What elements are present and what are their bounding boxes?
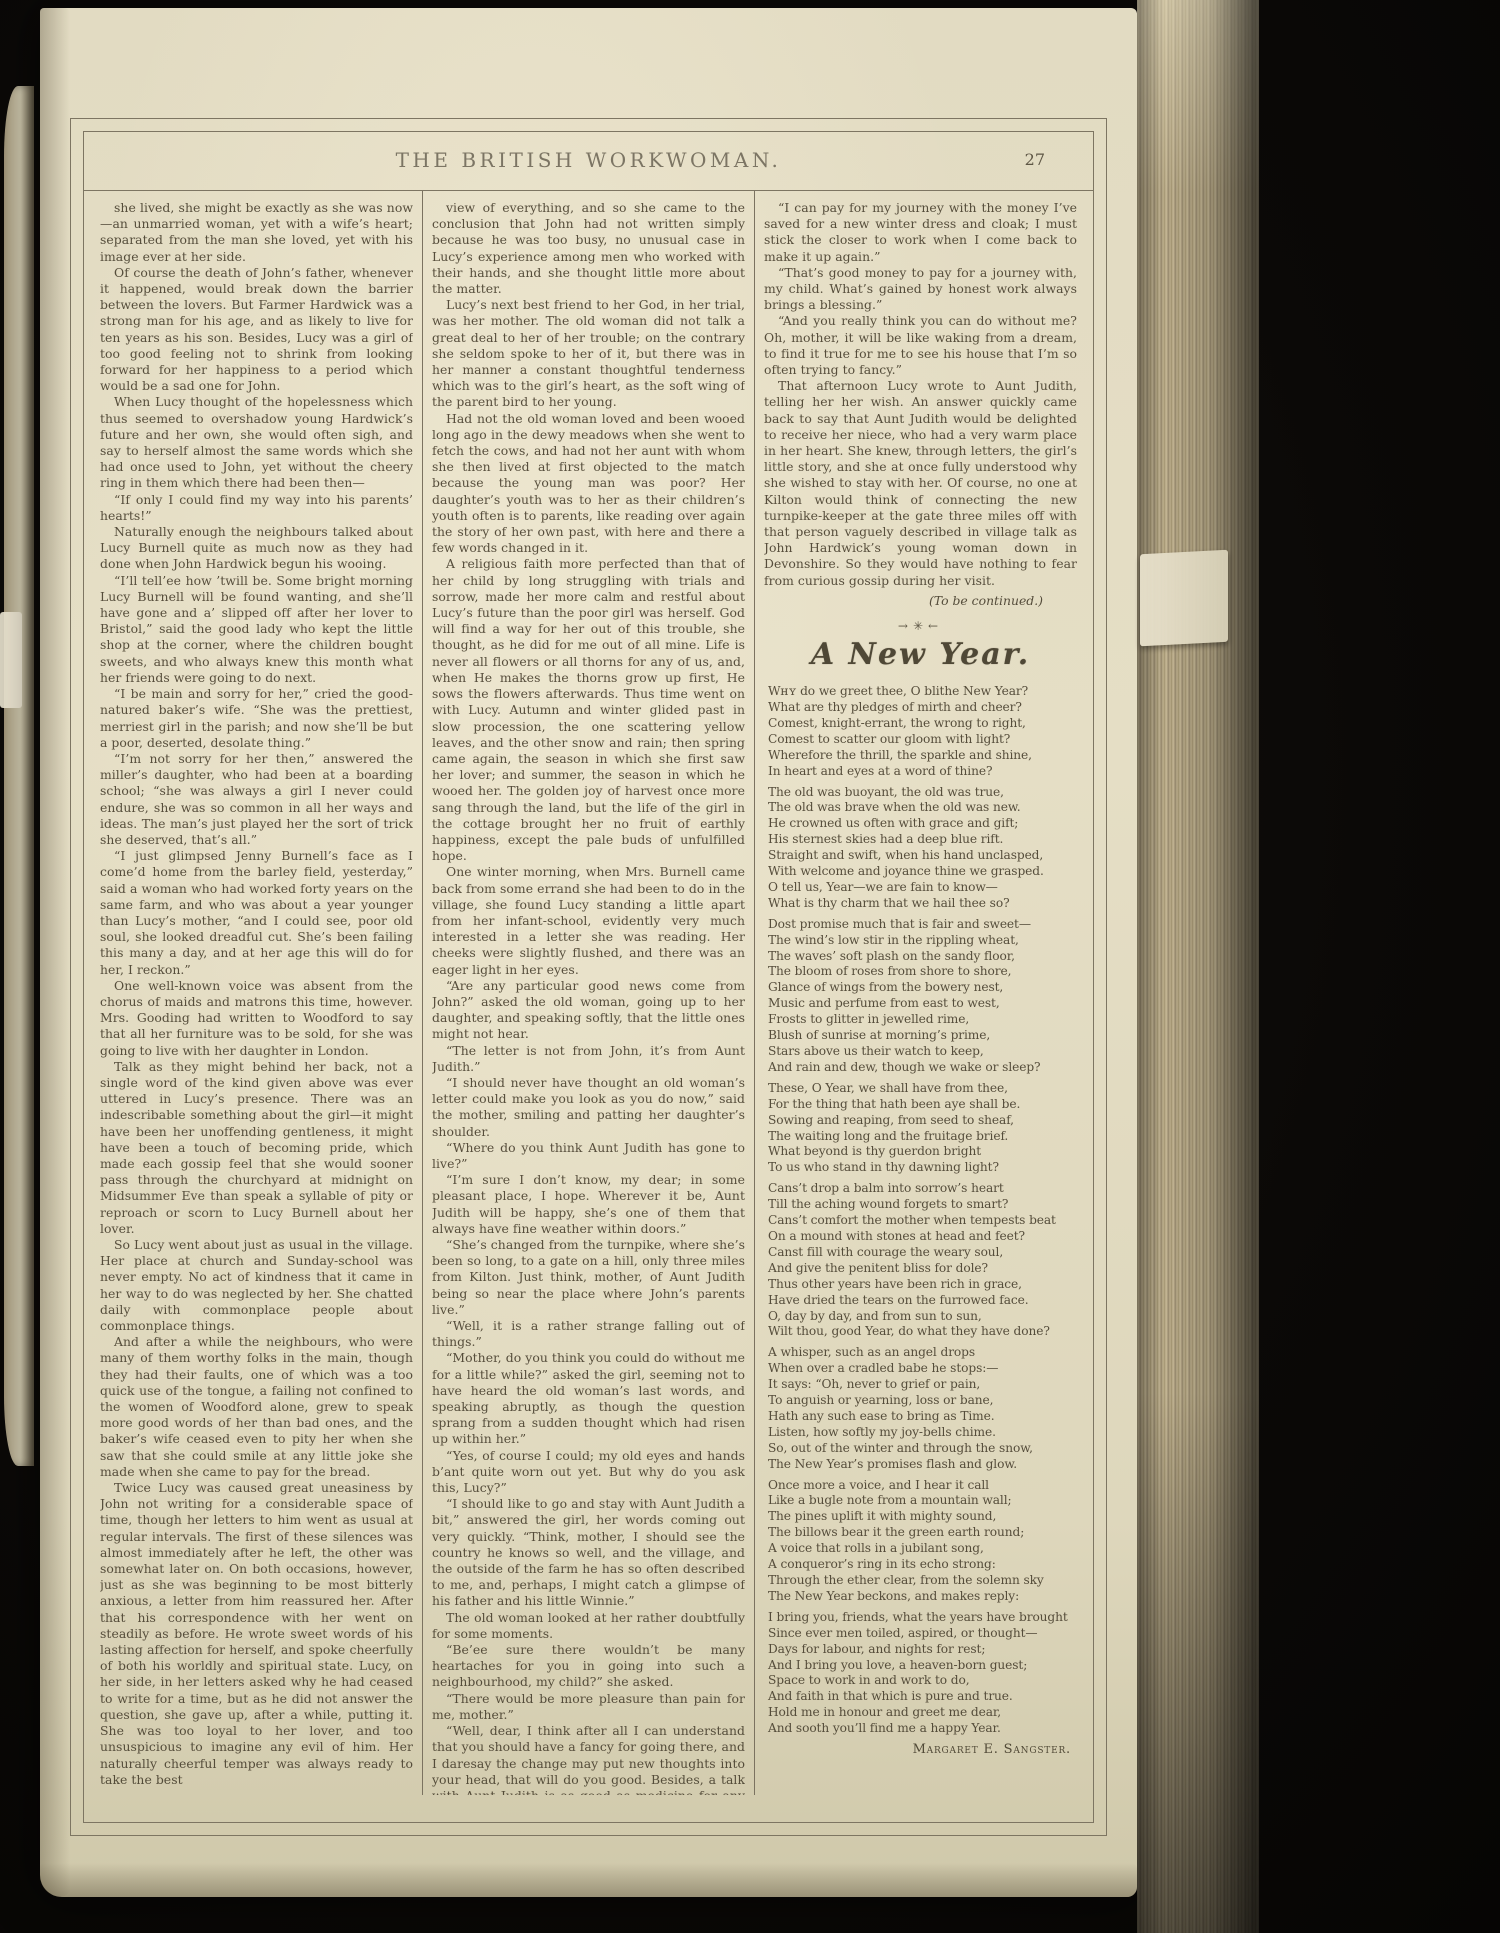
poem-line: To anguish or yearning, loss or bane, [768,1393,1077,1409]
poem-stanza: I bring you, friends, what the years hav… [768,1610,1077,1737]
paragraph: Naturally enough the neighbours talked a… [100,524,413,573]
page-border-inner: THE BRITISH WORKWOMAN. 27 she lived, she… [83,131,1094,1823]
poem-line: Wilt thou, good Year, do what they have … [768,1324,1077,1340]
poem-line: The pines uplift it with mighty sound, [768,1509,1077,1525]
paragraph: “She’s changed from the turnpike, where … [432,1237,745,1318]
paragraph: “Well, dear, I think after all I can und… [432,1723,745,1795]
poem-line: Space to work in and work to do, [768,1673,1077,1689]
poem-line: In heart and eyes at a word of thine? [768,764,1077,780]
paragraph: “Be’ee sure there wouldn’t be many heart… [432,1642,745,1691]
paragraph: “And you really think you can do without… [764,313,1077,378]
poem-line: Have dried the tears on the furrowed fac… [768,1293,1077,1309]
paragraph: “I’m not sorry for her then,” answered t… [100,751,413,848]
paragraph: Had not the old woman loved and been woo… [432,411,745,557]
book-photo: THE BRITISH WORKWOMAN. 27 she lived, she… [0,0,1500,1933]
poem-line: These, O Year, we shall have from thee, [768,1081,1077,1097]
paragraph: “If only I could find my way into his pa… [100,492,413,524]
section-divider-ornament: →✳← [764,619,1077,633]
poem-stanza: Wʜʏ do we greet thee, O blithe New Year?… [768,684,1077,779]
poem-line: Comest to scatter our gloom with light? [768,732,1077,748]
poem-line: Cans’t comfort the mother when tempests … [768,1213,1077,1229]
paragraph: That afternoon Lucy wrote to Aunt Judith… [764,378,1077,589]
poem-stanza: These, O Year, we shall have from thee,F… [768,1081,1077,1176]
paragraph: “That’s good money to pay for a journey … [764,265,1077,314]
column-2: view of everything, and so she came to t… [432,191,745,1795]
poem-stanza: The old was buoyant, the old was true,Th… [768,785,1077,912]
magazine-page: THE BRITISH WORKWOMAN. 27 she lived, she… [40,8,1137,1897]
poem-line: Comest, knight-errant, the wrong to righ… [768,716,1077,732]
poem-line: The New Year’s promises flash and glow. [768,1457,1077,1473]
paragraph: “I’ll tell’ee how ’twill be. Some bright… [100,573,413,686]
poem-line: Hold me in honour and greet me dear, [768,1705,1077,1721]
poem-line: A whisper, such as an angel drops [768,1345,1077,1361]
paragraph: So Lucy went about just as usual in the … [100,1237,413,1334]
poem-line: Wʜʏ do we greet thee, O blithe New Year? [768,684,1077,700]
poem-line: Since ever men toiled, aspired, or thoug… [768,1626,1077,1642]
paragraph: Twice Lucy was caused great uneasiness b… [100,1480,413,1788]
paragraph: view of everything, and so she came to t… [432,200,745,297]
poem-line: The waves’ soft plash on the sandy floor… [768,949,1077,965]
poem-line: Stars above us their watch to keep, [768,1044,1077,1060]
paragraph: “Yes, of course I could; my old eyes and… [432,1448,745,1497]
paragraph: And after a while the neighbours, who we… [100,1334,413,1480]
poem-line: What are thy pledges of mirth and cheer? [768,700,1077,716]
column-1: she lived, she might be exactly as she w… [100,191,413,1795]
poem-stanza: Once more a voice, and I hear it callLik… [768,1478,1077,1605]
poem-line: Thus other years have been rich in grace… [768,1277,1077,1293]
poem-line: O, day by day, and from sun to sun, [768,1309,1077,1325]
poem-title: A New Year. [764,637,1077,672]
to-be-continued-note: (To be continued.) [764,593,1077,609]
poem-line: To us who stand in thy dawning light? [768,1160,1077,1176]
left-page-edge [4,86,34,1466]
poem-line: The New Year beckons, and makes reply: [768,1589,1077,1605]
paragraph: “Mother, do you think you could do witho… [432,1350,745,1447]
poem-line: His sternest skies had a deep blue rift. [768,832,1077,848]
protruding-page-edge [1140,550,1228,647]
poem-line: The old was brave when the old was new. [768,800,1077,816]
poem-line: Canst fill with courage the weary soul, [768,1245,1077,1261]
story-conclusion: “I can pay for my journey with the money… [764,200,1077,589]
poem-line: And sooth you’ll find me a happy Year. [768,1721,1077,1737]
paragraph: When Lucy thought of the hopelessness wh… [100,394,413,491]
column-divider-rule [754,191,755,1795]
paragraph: Talk as they might behind her back, not … [100,1059,413,1237]
left-page-white-patch [0,612,22,708]
poem-line: The billows bear it the green earth roun… [768,1525,1077,1541]
poem-line: Straight and swift, when his hand unclas… [768,848,1077,864]
page-border-outer: THE BRITISH WORKWOMAN. 27 she lived, she… [70,118,1107,1836]
paragraph: “I should never have thought an old woma… [432,1075,745,1140]
paragraph: The old woman looked at her rather doubt… [432,1610,745,1642]
text-columns: she lived, she might be exactly as she w… [84,191,1093,1795]
poem-line: For the thing that hath been aye shall b… [768,1097,1077,1113]
poem-line: With welcome and joyance thine we graspe… [768,864,1077,880]
poem-line: The waiting long and the fruitage brief. [768,1129,1077,1145]
poem-line: Dost promise much that is fair and sweet… [768,917,1077,933]
poem-line: Sowing and reaping, from seed to sheaf, [768,1113,1077,1129]
poem-line: Frosts to glitter in jewelled rime, [768,1012,1077,1028]
column-3: “I can pay for my journey with the money… [764,191,1077,1795]
paragraph: “I’m sure I don’t know, my dear; in some… [432,1172,745,1237]
poem-line: A conqueror’s ring in its echo strong: [768,1557,1077,1573]
page-header: THE BRITISH WORKWOMAN. 27 [84,132,1093,191]
paragraph: “Are any particular good news come from … [432,978,745,1043]
poem-line: Wherefore the thrill, the sparkle and sh… [768,748,1077,764]
paragraph: Lucy’s next best friend to her God, in h… [432,297,745,410]
poem-line: Like a bugle note from a mountain wall; [768,1493,1077,1509]
paragraph: “Where do you think Aunt Judith has gone… [432,1140,745,1172]
paragraph: “There would be more pleasure than pain … [432,1691,745,1723]
poem-line: And I bring you love, a heaven-born gues… [768,1658,1077,1674]
paragraph: “I should like to go and stay with Aunt … [432,1496,745,1609]
poem-line: Days for labour, and nights for rest; [768,1642,1077,1658]
poem-line: Listen, how softly my joy-bells chime. [768,1425,1077,1441]
paragraph: “The letter is not from John, it’s from … [432,1043,745,1075]
poem-line: Once more a voice, and I hear it call [768,1478,1077,1494]
poem-line: O tell us, Year—we are fain to know— [768,880,1077,896]
poem-stanza: A whisper, such as an angel dropsWhen ov… [768,1345,1077,1472]
paragraph: she lived, she might be exactly as she w… [100,200,413,265]
poem-line: Blush of sunrise at morning’s prime, [768,1028,1077,1044]
poem-line: Hath any such ease to bring as Time. [768,1409,1077,1425]
paragraph: One winter morning, when Mrs. Burnell ca… [432,864,745,977]
poem-line: Glance of wings from the bowery nest, [768,980,1077,996]
poem-line: So, out of the winter and through the sn… [768,1441,1077,1457]
book-page-edges [1137,0,1259,1933]
poem-line: Through the ether clear, from the solemn… [768,1573,1077,1589]
poem-line: He crowned us often with grace and gift; [768,816,1077,832]
paragraph: One well-known voice was absent from the… [100,978,413,1059]
poem-line: Till the aching wound forgets to smart? [768,1197,1077,1213]
poem-author-signature: Margaret E. Sangster. [764,1742,1077,1757]
poem-line: The bloom of roses from shore to shore, [768,964,1077,980]
poem-line: On a mound with stones at head and feet? [768,1229,1077,1245]
poem-stanza: Dost promise much that is fair and sweet… [768,917,1077,1076]
poem-body: Wʜʏ do we greet thee, O blithe New Year?… [764,684,1077,1737]
paragraph: A religious faith more perfected than th… [432,556,745,864]
poem-stanza: Cans’t drop a balm into sorrow’s heartTi… [768,1181,1077,1340]
column-divider-rule [422,191,423,1795]
page-number: 27 [1025,150,1045,169]
paragraph: Of course the death of John’s father, wh… [100,265,413,395]
poem-line: Cans’t drop a balm into sorrow’s heart [768,1181,1077,1197]
poem-line: And give the penitent bliss for dole? [768,1261,1077,1277]
masthead-title: THE BRITISH WORKWOMAN. [84,132,1093,172]
poem-line: And rain and dew, though we wake or slee… [768,1060,1077,1076]
poem-line: What beyond is thy guerdon bright [768,1144,1077,1160]
poem-line: When over a cradled babe he stops:— [768,1361,1077,1377]
poem-line: The old was buoyant, the old was true, [768,785,1077,801]
poem-line: What is thy charm that we hail thee so? [768,896,1077,912]
poem-line: And faith in that which is pure and true… [768,1689,1077,1705]
poem-line: Music and perfume from east to west, [768,996,1077,1012]
paragraph: “I just glimpsed Jenny Burnell’s face as… [100,848,413,978]
paragraph: “I be main and sorry for her,” cried the… [100,686,413,751]
poem-line: The wind’s low stir in the rippling whea… [768,933,1077,949]
poem-line: It says: “Oh, never to grief or pain, [768,1377,1077,1393]
paragraph: “I can pay for my journey with the money… [764,200,1077,265]
poem-line: A voice that rolls in a jubilant song, [768,1541,1077,1557]
paragraph: “Well, it is a rather strange falling ou… [432,1318,745,1350]
poem-line: I bring you, friends, what the years hav… [768,1610,1077,1626]
